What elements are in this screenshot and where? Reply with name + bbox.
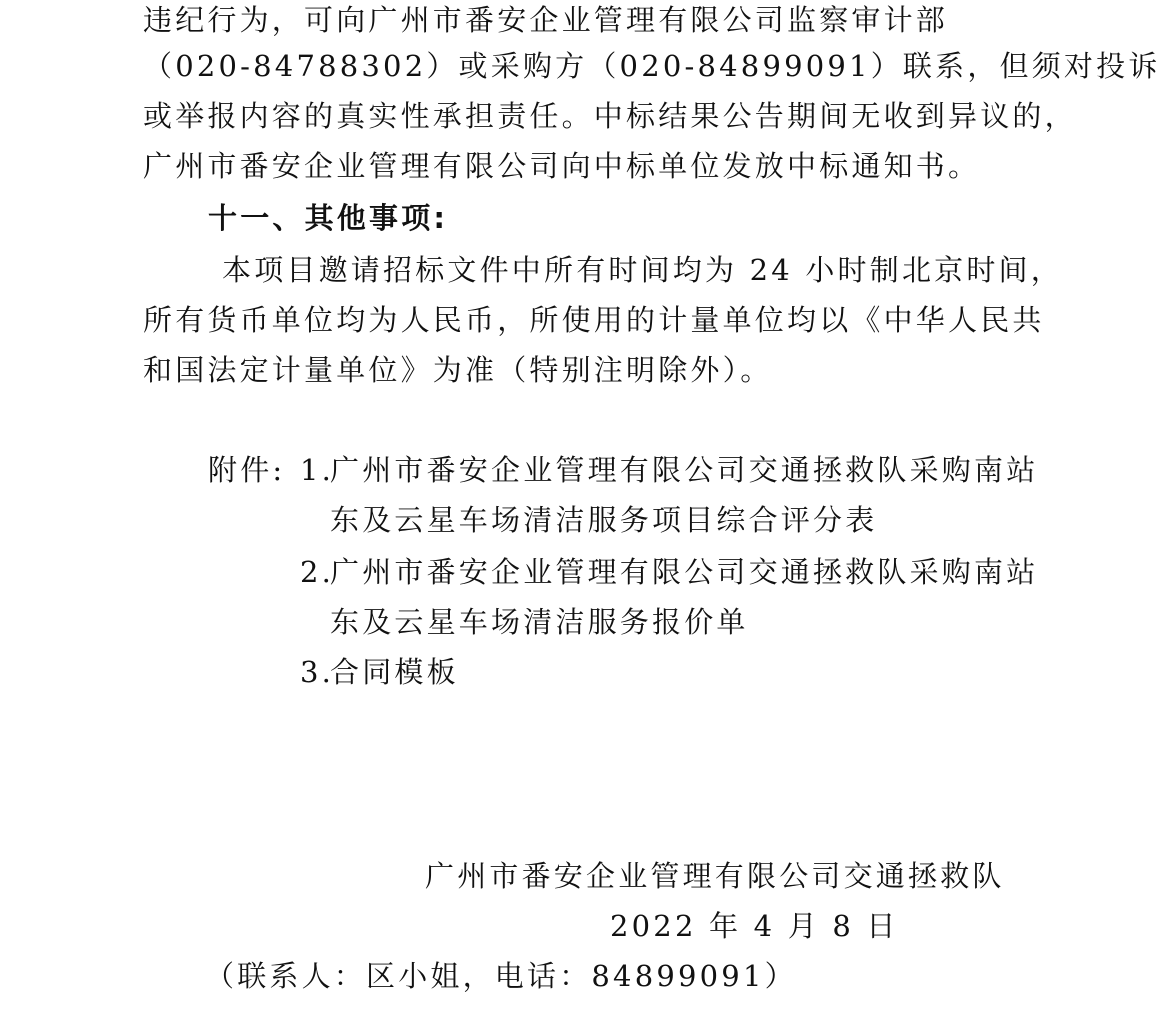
attachment-2-number: 2. [300,552,334,592]
section-line-2: 所有货币单位均为人民币，所使用的计量单位均以《中华人民共 [143,300,1045,340]
attachment-1-number: 1. [300,450,334,490]
section-line-1: 本项目邀请招标文件中所有时间均为 24 小时制北京时间， [222,250,1063,290]
signature-organization: 广州市番安企业管理有限公司交通拯救队 [425,856,1005,896]
section-line-3: 和国法定计量单位》为准（特别注明除外）。 [143,350,773,390]
section-heading: 十一、其他事项: [208,198,448,238]
complaint-line-3: 或举报内容的真实性承担责任。中标结果公告期间无收到异议的， [143,96,1077,136]
attachment-3-number: 3. [300,652,334,692]
complaint-line-2: （020-84788302）或采购方（020-84899091）联系，但须对投诉 [143,46,1158,86]
complaint-line-1: 违纪行为，可向广州市番安企业管理有限公司监察审计部 [143,0,948,40]
attachments-label: 附件: [208,450,285,490]
attachment-1-line1: 广州市番安企业管理有限公司交通拯救队采购南站 [330,450,1038,490]
attachment-2-line1: 广州市番安企业管理有限公司交通拯救队采购南站 [330,552,1038,592]
complaint-line-4: 广州市番安企业管理有限公司向中标单位发放中标通知书。 [143,146,980,186]
attachment-1-line2: 东及云星车场清洁服务项目综合评分表 [330,500,877,540]
attachment-3-line1: 合同模板 [330,652,459,692]
contact-info: （联系人：区小姐，电话：84899091） [205,956,797,996]
signature-date: 2022 年 4 月 8 日 [610,906,899,946]
attachment-2-line2: 东及云星车场清洁服务报价单 [330,602,749,642]
